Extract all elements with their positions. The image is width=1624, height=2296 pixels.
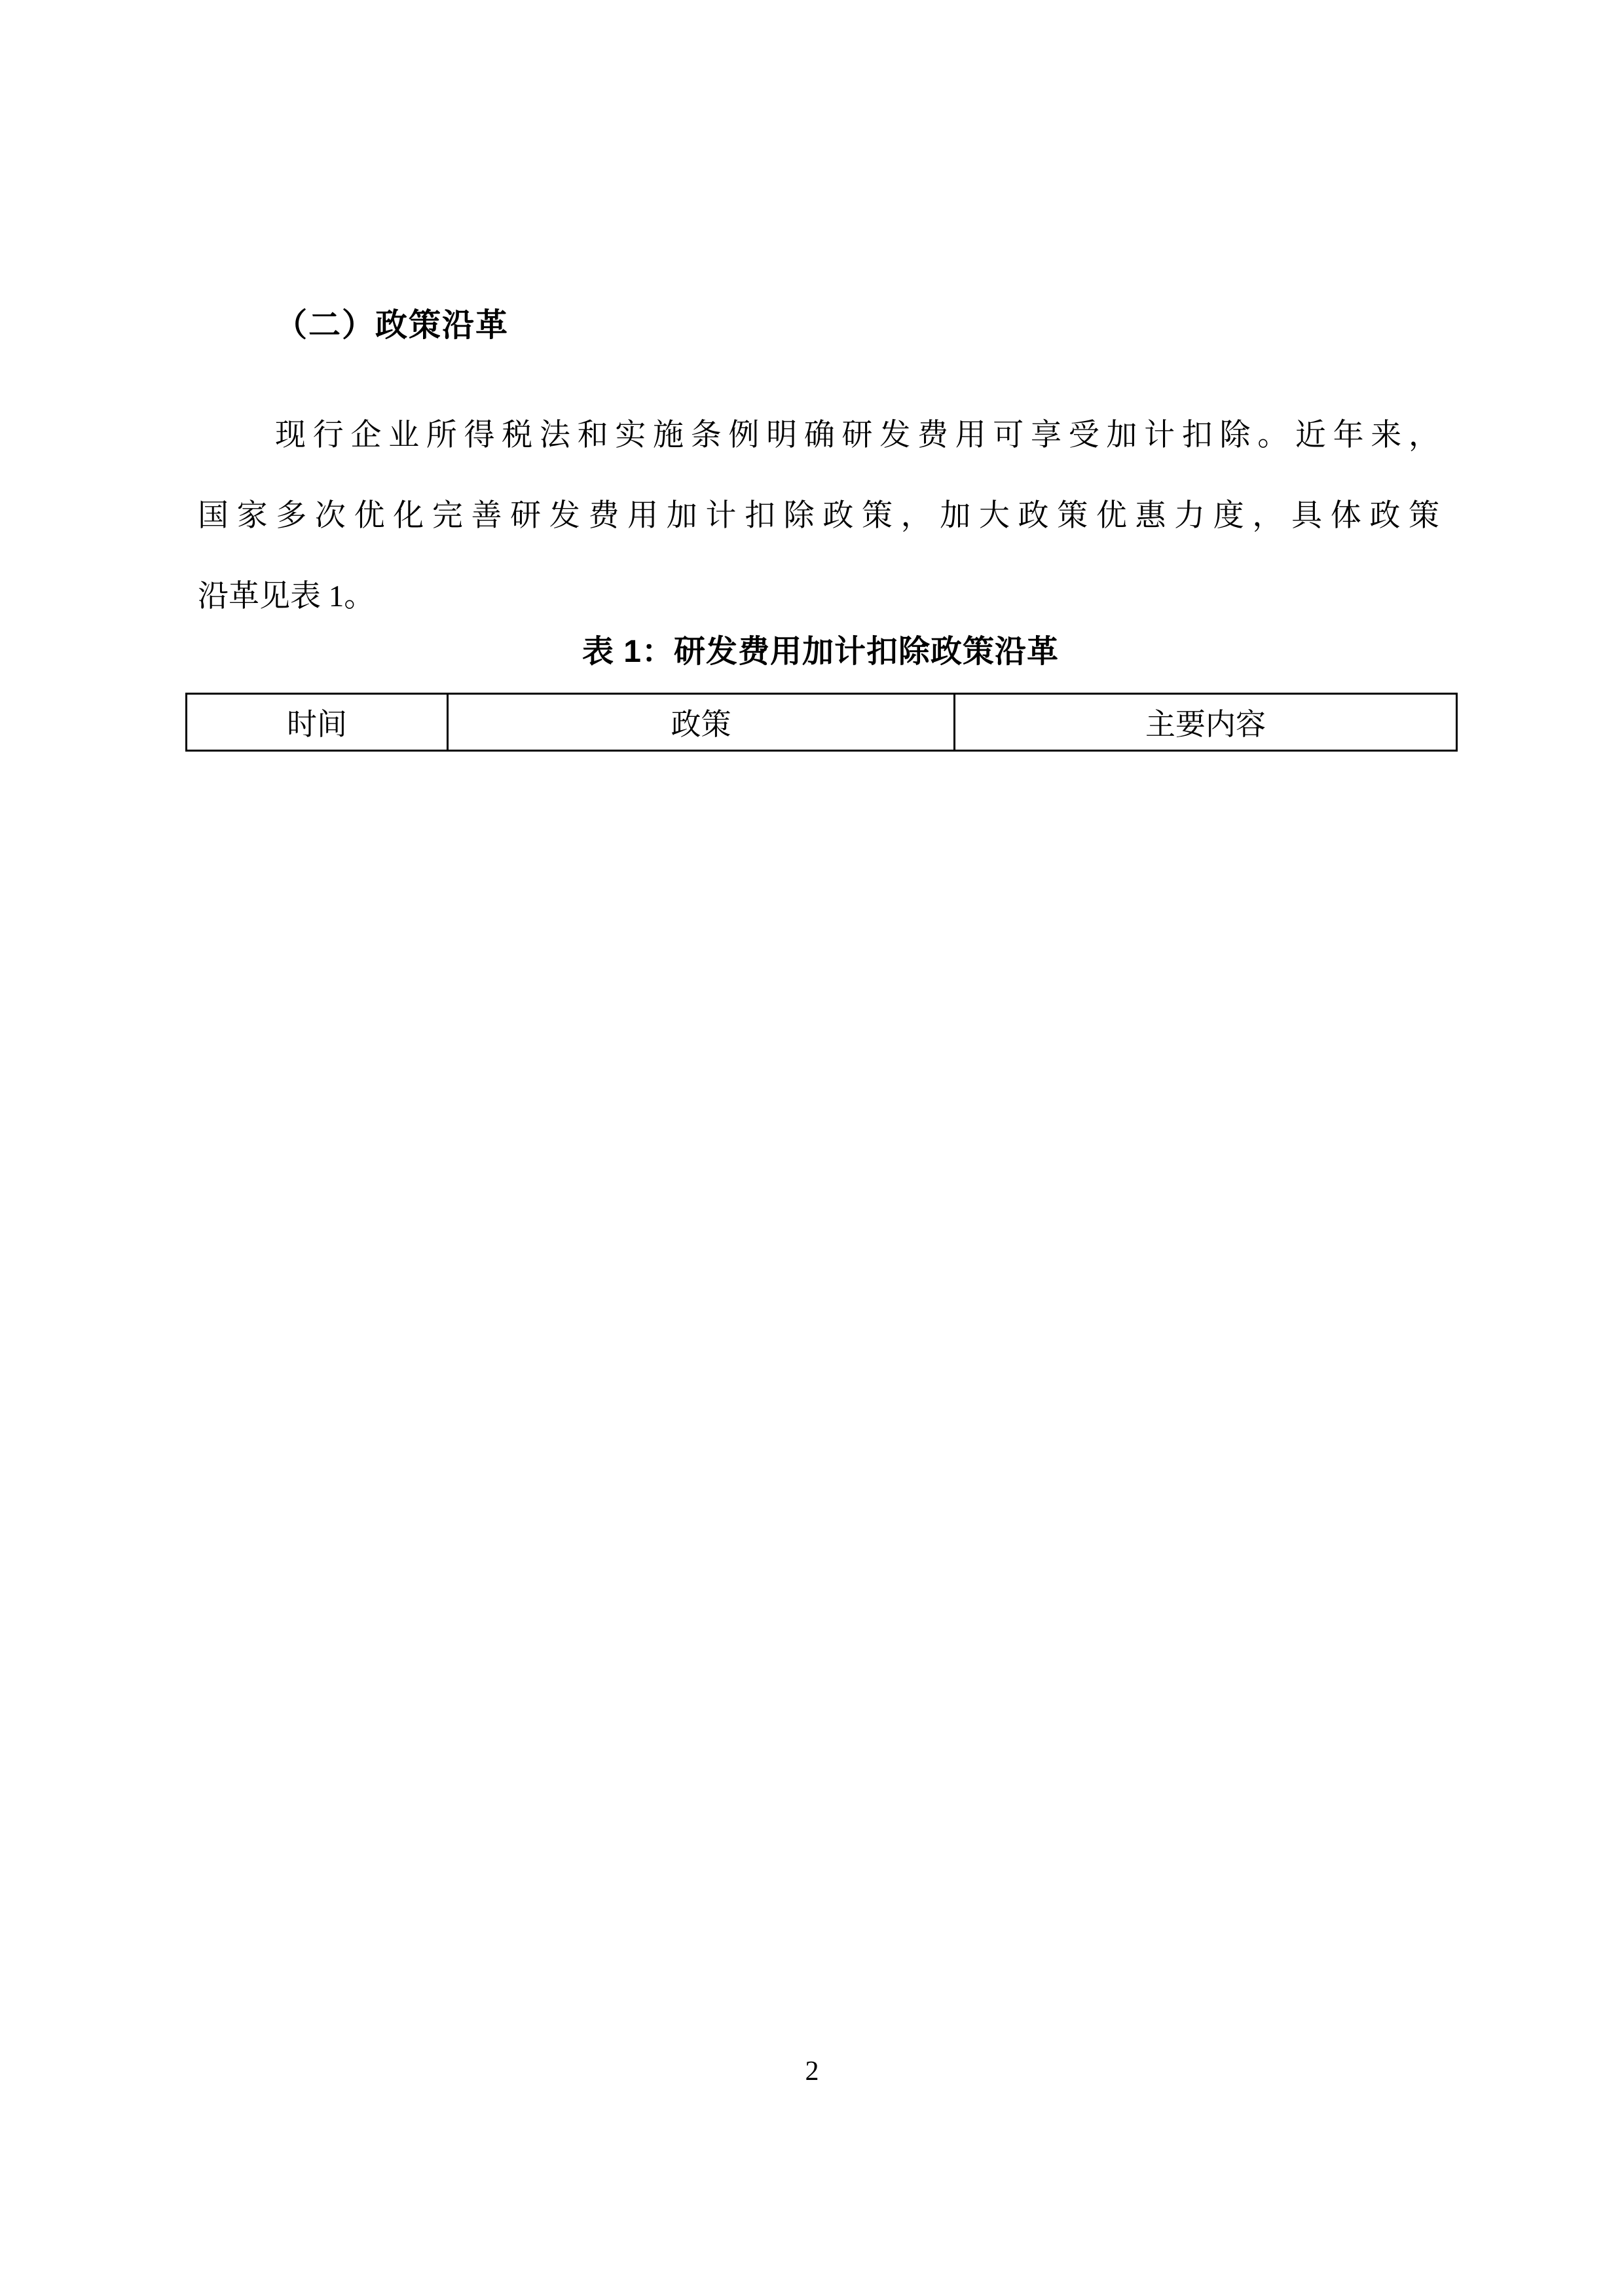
header-time: 时间 xyxy=(187,694,448,751)
table-header-row: 时间 政策 主要内容 xyxy=(187,694,1457,751)
table-title: 表 1：研发费用加计扣除政策沿革 xyxy=(185,626,1456,671)
header-policy: 政策 xyxy=(448,694,955,751)
header-content: 主要内容 xyxy=(955,694,1457,751)
paragraph-line-2: 国家多次优化完善研发费用加计扣除政策，加大政策优惠力度，具体政策 xyxy=(198,476,1439,556)
document-page: （二）政策沿革 现行企业所得税法和实施条例明确研发费用可享受加计扣除。近年来， … xyxy=(0,0,1624,2296)
paragraph-line-1: 现行企业所得税法和实施条例明确研发费用可享受加计扣除。近年来， xyxy=(198,395,1439,476)
section-heading: （二）政策沿革 xyxy=(275,300,509,346)
intro-paragraph: 现行企业所得税法和实施条例明确研发费用可享受加计扣除。近年来， 国家多次优化完善… xyxy=(198,395,1439,637)
page-number: 2 xyxy=(0,2056,1624,2087)
paragraph-line-3: 沿革见表 1。 xyxy=(198,556,1439,637)
policy-history-table: 时间 政策 主要内容 xyxy=(185,693,1458,752)
